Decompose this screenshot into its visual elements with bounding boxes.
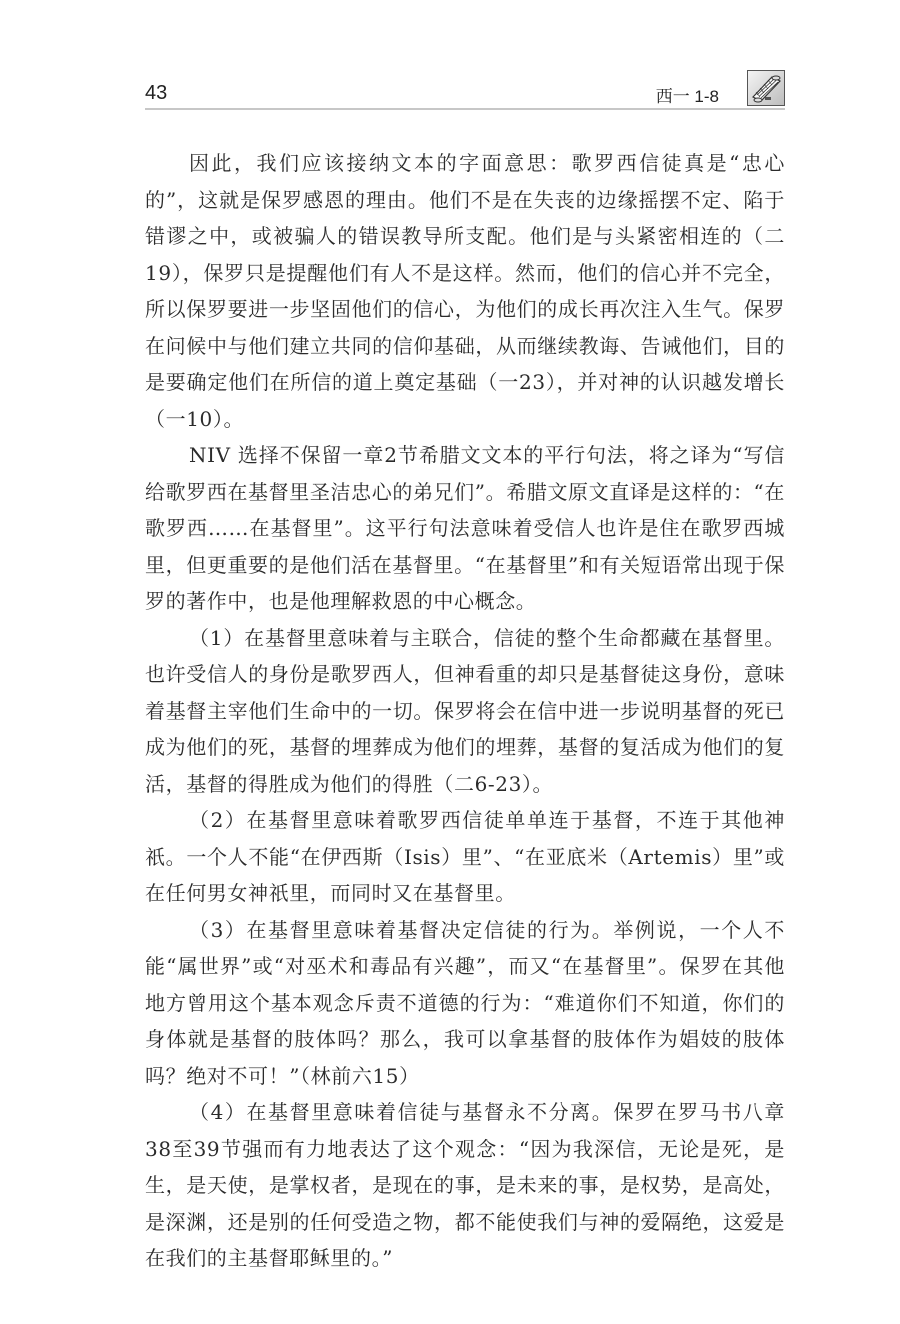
page-number: 43: [145, 82, 167, 105]
paragraph: （2）在基督里意味着歌罗西信徒单单连于基督，不连于其他神祇。一个人不能“在伊西斯…: [145, 802, 785, 912]
running-title: 西一 1-8: [656, 82, 719, 107]
paragraph: NIV 选择不保留一章2节希腊文文本的平行句法，将之译为“写信给歌罗西在基督里圣…: [145, 437, 785, 620]
page-body: 因此，我们应该接纳文本的字面意思：歌罗西信徒真是“忠心的”，这就是保罗感恩的理由…: [145, 145, 785, 1277]
scroll-icon: [747, 70, 785, 106]
paragraph: （3）在基督里意味着基督决定信徒的行为。举例说，一个人不能“属世界”或“对巫术和…: [145, 912, 785, 1095]
header-rule: [145, 108, 785, 110]
paragraph: （4）在基督里意味着信徒与基督永不分离。保罗在罗马书八章38至39节强而有力地表…: [145, 1094, 785, 1277]
page-header: 43 西一 1-8: [145, 70, 785, 110]
paragraph: 因此，我们应该接纳文本的字面意思：歌罗西信徒真是“忠心的”，这就是保罗感恩的理由…: [145, 145, 785, 437]
paragraph: （1）在基督里意味着与主联合，信徒的整个生命都藏在基督里。也许受信人的身份是歌罗…: [145, 620, 785, 803]
